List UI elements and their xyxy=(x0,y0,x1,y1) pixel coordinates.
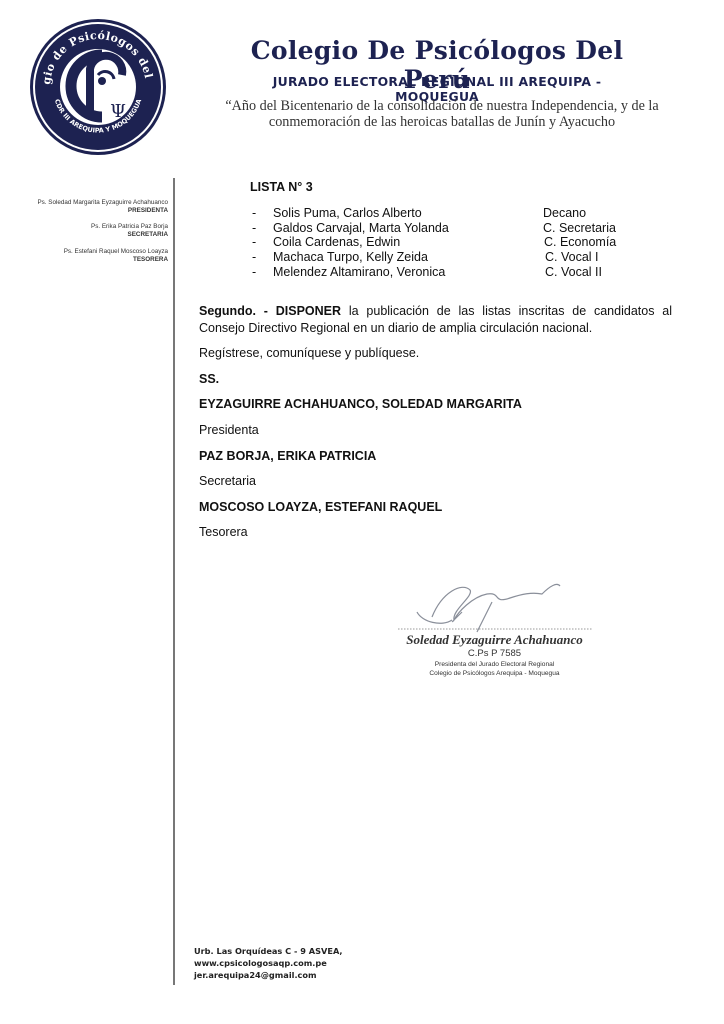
candidate-name: Coila Cardenas, Edwin xyxy=(273,235,400,250)
candidate-list: - Solis Puma, Carlos Alberto Decano - Ga… xyxy=(250,206,630,279)
lista-title: LISTA N° 3 xyxy=(250,180,313,194)
candidate-role: C. Vocal II xyxy=(545,265,602,280)
segundo-paragraph: Segundo. - DISPONER la publicación de la… xyxy=(199,303,672,337)
college-logo: Colegio de Psicólogos del Perú CDR III A… xyxy=(28,17,168,157)
stamp-name: Soledad Eyzaguirre Achahuanco xyxy=(392,632,597,648)
sidebar-member-presidenta: Ps. Soledad Margarita Eyzaguirre Achahua… xyxy=(37,199,168,215)
stamp-position: Presidenta del Jurado Electoral Regional… xyxy=(392,661,597,678)
list-item: - Melendez Altamirano, Veronica C. Vocal… xyxy=(250,265,630,280)
member-name: Ps. Estefani Raquel Moscoso Loayza xyxy=(64,248,168,256)
member-role: SECRETARIA xyxy=(91,231,168,239)
candidate-role: C. Economía xyxy=(544,235,616,250)
list-item: - Solis Puma, Carlos Alberto Decano xyxy=(250,206,630,221)
footer-email[interactable]: jer.arequipa24@gmail.com xyxy=(194,969,343,981)
list-bullet: - xyxy=(252,206,256,221)
sidebar-member-tesorera: Ps. Estefani Raquel Moscoso Loayza TESOR… xyxy=(64,248,168,264)
motto-line-2: conmemoración de las heroicas batallas d… xyxy=(222,114,662,130)
svg-text:Ψ: Ψ xyxy=(110,101,126,122)
footer-address: Urb. Las Orquídeas C - 9 ASVEA, xyxy=(194,945,343,957)
ss-label: SS. xyxy=(199,371,672,388)
footer-website[interactable]: www.cpsicologosaqp.com.pe xyxy=(194,957,343,969)
candidate-name: Machaca Turpo, Kelly Zeida xyxy=(273,250,428,265)
list-bullet: - xyxy=(252,221,256,236)
year-motto: “Año del Bicentenario de la consolidació… xyxy=(222,98,662,130)
segundo-label: Segundo. - xyxy=(199,304,268,318)
signatory-role: Presidenta xyxy=(199,422,672,439)
closing-formula: Regístrese, comuníquese y publíquese. xyxy=(199,345,672,362)
candidate-role: C. Secretaria xyxy=(543,221,616,236)
member-name: Ps. Erika Patricia Paz Borja xyxy=(91,223,168,231)
candidate-name: Melendez Altamirano, Veronica xyxy=(273,265,445,280)
sidebar-member-secretaria: Ps. Erika Patricia Paz Borja SECRETARIA xyxy=(91,223,168,239)
candidate-name: Galdos Carvajal, Marta Yolanda xyxy=(273,221,449,236)
signatory-name: PAZ BORJA, ERIKA PATRICIA xyxy=(199,448,672,465)
candidate-role: C. Vocal I xyxy=(545,250,599,265)
list-item: - Machaca Turpo, Kelly Zeida C. Vocal I xyxy=(250,250,630,265)
signatory-role: Tesorera xyxy=(199,524,672,541)
motto-line-1: “Año del Bicentenario de la consolidació… xyxy=(222,98,662,114)
list-bullet: - xyxy=(252,250,256,265)
candidate-role: Decano xyxy=(543,206,586,221)
segundo-text: la publicación de las listas inscritas d… xyxy=(199,304,672,335)
stamp-line-1: Presidenta del Jurado Electoral Regional xyxy=(392,661,597,670)
list-item: - Coila Cardenas, Edwin C. Economía xyxy=(250,235,630,250)
list-bullet: - xyxy=(252,265,256,280)
disponer-label: DISPONER xyxy=(276,304,341,318)
list-item: - Galdos Carvajal, Marta Yolanda C. Secr… xyxy=(250,221,630,236)
signatory-role: Secretaria xyxy=(199,473,672,490)
candidate-name: Solis Puma, Carlos Alberto xyxy=(273,206,422,221)
member-role: PRESIDENTA xyxy=(37,207,168,215)
signatory-name: EYZAGUIRRE ACHAHUANCO, SOLEDAD MARGARITA xyxy=(199,396,672,413)
member-role: TESORERA xyxy=(64,256,168,264)
member-name: Ps. Soledad Margarita Eyzaguirre Achahua… xyxy=(37,199,168,207)
signatory-name: MOSCOSO LOAYZA, ESTEFANI RAQUEL xyxy=(199,499,672,516)
list-bullet: - xyxy=(252,235,256,250)
footer-contact: Urb. Las Orquídeas C - 9 ASVEA, www.cpsi… xyxy=(194,945,343,981)
stamp-line-2: Colegio de Psicólogos Arequipa - Moquegu… xyxy=(392,670,597,679)
stamp-cps-number: C.Ps P 7585 xyxy=(392,648,597,659)
vertical-divider xyxy=(173,178,175,985)
